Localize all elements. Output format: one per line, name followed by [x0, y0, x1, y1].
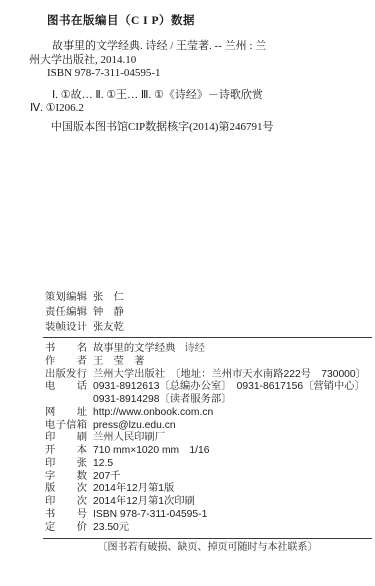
info-label: 开 本 — [45, 445, 87, 458]
cip-header-title: 图书在版编目（C I P）数据 — [0, 15, 375, 28]
info-value: 王 莹 著 — [93, 356, 144, 369]
staff-row-cover-designer: 装帧设计 张友乾 — [0, 320, 375, 335]
info-label: 作 者 — [45, 356, 87, 369]
staff-row-responsible-editor: 责任编辑 钟 静 — [0, 305, 375, 320]
info-row-phone: 电 话 0931-8912613〔总编办公室〕 0931-8617156〔营销中… — [0, 381, 375, 394]
info-row-price: 定 价 23.50元 — [0, 522, 375, 535]
info-row-format: 开 本 710 mm×1020 mm 1/16 — [0, 445, 375, 458]
divider-bottom — [43, 538, 372, 539]
info-row-email: 电子信箱 press@lzu.edu.cn — [0, 420, 375, 433]
info-label: 书 名 — [45, 343, 87, 356]
book-info-table: 书 名 故事里的文学经典 诗经 作 者 王 莹 著 出版发行 兰州大学出版社 〔… — [0, 343, 375, 534]
staff-row-planning-editor: 策划编辑 张 仁 — [0, 290, 375, 305]
info-row-website: 网 址 http://www.onbook.com.cn — [0, 407, 375, 420]
info-row-publisher: 出版发行 兰州大学出版社 〔地址：兰州市天水南路222号 730000〕 — [0, 369, 375, 382]
info-label: 电 话 — [45, 381, 87, 394]
info-label: 印 次 — [45, 496, 87, 509]
staff-credits-block: 策划编辑 张 仁 责任编辑 钟 静 装帧设计 张友乾 — [0, 290, 375, 335]
cip-record-number: 中国版本图书馆CIP数据核字(2014)第246791号 — [0, 121, 375, 134]
info-value: 23.50元 — [93, 522, 129, 535]
info-label: 印 张 — [45, 458, 87, 471]
info-label: 出版发行 — [45, 369, 87, 382]
spacer — [0, 80, 375, 89]
info-value: 0931-8914298〔读者服务部〕 — [93, 394, 232, 407]
info-label: 定 价 — [45, 522, 87, 535]
info-value: 207千 — [93, 471, 120, 484]
info-value: 12.5 — [93, 458, 113, 471]
cip-block: 图书在版编目（C I P）数据 故事里的文学经典. 诗经 / 王莹著. -- 兰… — [0, 15, 375, 134]
cip-classification-line-1: Ⅰ. ①故… Ⅱ. ①王… Ⅲ. ①《诗经》－诗歌欣赏 — [0, 89, 375, 102]
cip-classification-line-2: Ⅳ. ①I206.2 — [0, 102, 375, 115]
info-row-word-count: 字 数 207千 — [0, 471, 375, 484]
info-value: 2014年12月第1版 — [93, 483, 174, 496]
info-row-phone-line2: 0931-8914298〔读者服务部〕 — [0, 394, 375, 407]
info-row-printer: 印 刷 兰州人民印刷厂 — [0, 432, 375, 445]
staff-value: 张友乾 — [93, 320, 124, 335]
info-label: 网 址 — [45, 407, 87, 420]
staff-label: 装帧设计 — [45, 320, 87, 335]
info-row-isbn: 书 号 ISBN 978-7-311-04595-1 — [0, 509, 375, 522]
cip-entry-line-2: 州大学出版社, 2014.10 — [0, 54, 375, 67]
info-value: 兰州人民印刷厂 — [93, 432, 165, 445]
info-value: 故事里的文学经典 — [93, 343, 175, 356]
info-row-author: 作 者 王 莹 著 — [0, 356, 375, 369]
info-value: http://www.onbook.com.cn — [93, 407, 213, 420]
info-row-book-title: 书 名 故事里的文学经典 诗经 — [0, 343, 375, 356]
info-label: 字 数 — [45, 471, 87, 484]
info-value-subtitle: 诗经 — [184, 343, 205, 356]
footer-note: 〔图书若有破损、缺页、掉页可随时与本社联系〕 — [43, 541, 372, 554]
staff-label: 策划编辑 — [45, 290, 87, 305]
info-label: 印 刷 — [45, 432, 87, 445]
cip-copyright-page: 图书在版编目（C I P）数据 故事里的文学经典. 诗经 / 王莹著. -- 兰… — [0, 0, 375, 586]
cip-isbn-line: ISBN 978-7-311-04595-1 — [0, 67, 375, 80]
divider-top — [43, 337, 372, 338]
info-label: 书 号 — [45, 509, 87, 522]
info-value: ISBN 978-7-311-04595-1 — [93, 509, 207, 522]
staff-value: 张 仁 — [93, 290, 124, 305]
info-row-impression: 印 次 2014年12月第1次印刷 — [0, 496, 375, 509]
info-row-sheets: 印 张 12.5 — [0, 458, 375, 471]
staff-label: 责任编辑 — [45, 305, 87, 320]
info-label: 版 次 — [45, 483, 87, 496]
info-value: 710 mm×1020 mm 1/16 — [93, 445, 209, 458]
info-row-edition: 版 次 2014年12月第1版 — [0, 483, 375, 496]
info-value: press@lzu.edu.cn — [93, 420, 176, 433]
info-value: 0931-8912613〔总编办公室〕 0931-8617156〔营销中心〕 — [93, 381, 365, 394]
info-value: 2014年12月第1次印刷 — [93, 496, 195, 509]
staff-value: 钟 静 — [93, 305, 124, 320]
cip-entry-line-1: 故事里的文学经典. 诗经 / 王莹著. -- 兰州 : 兰 — [0, 40, 375, 53]
info-value: 兰州大学出版社 〔地址：兰州市天水南路222号 730000〕 — [93, 369, 366, 382]
info-label-empty — [45, 394, 87, 407]
info-label: 电子信箱 — [45, 420, 87, 433]
